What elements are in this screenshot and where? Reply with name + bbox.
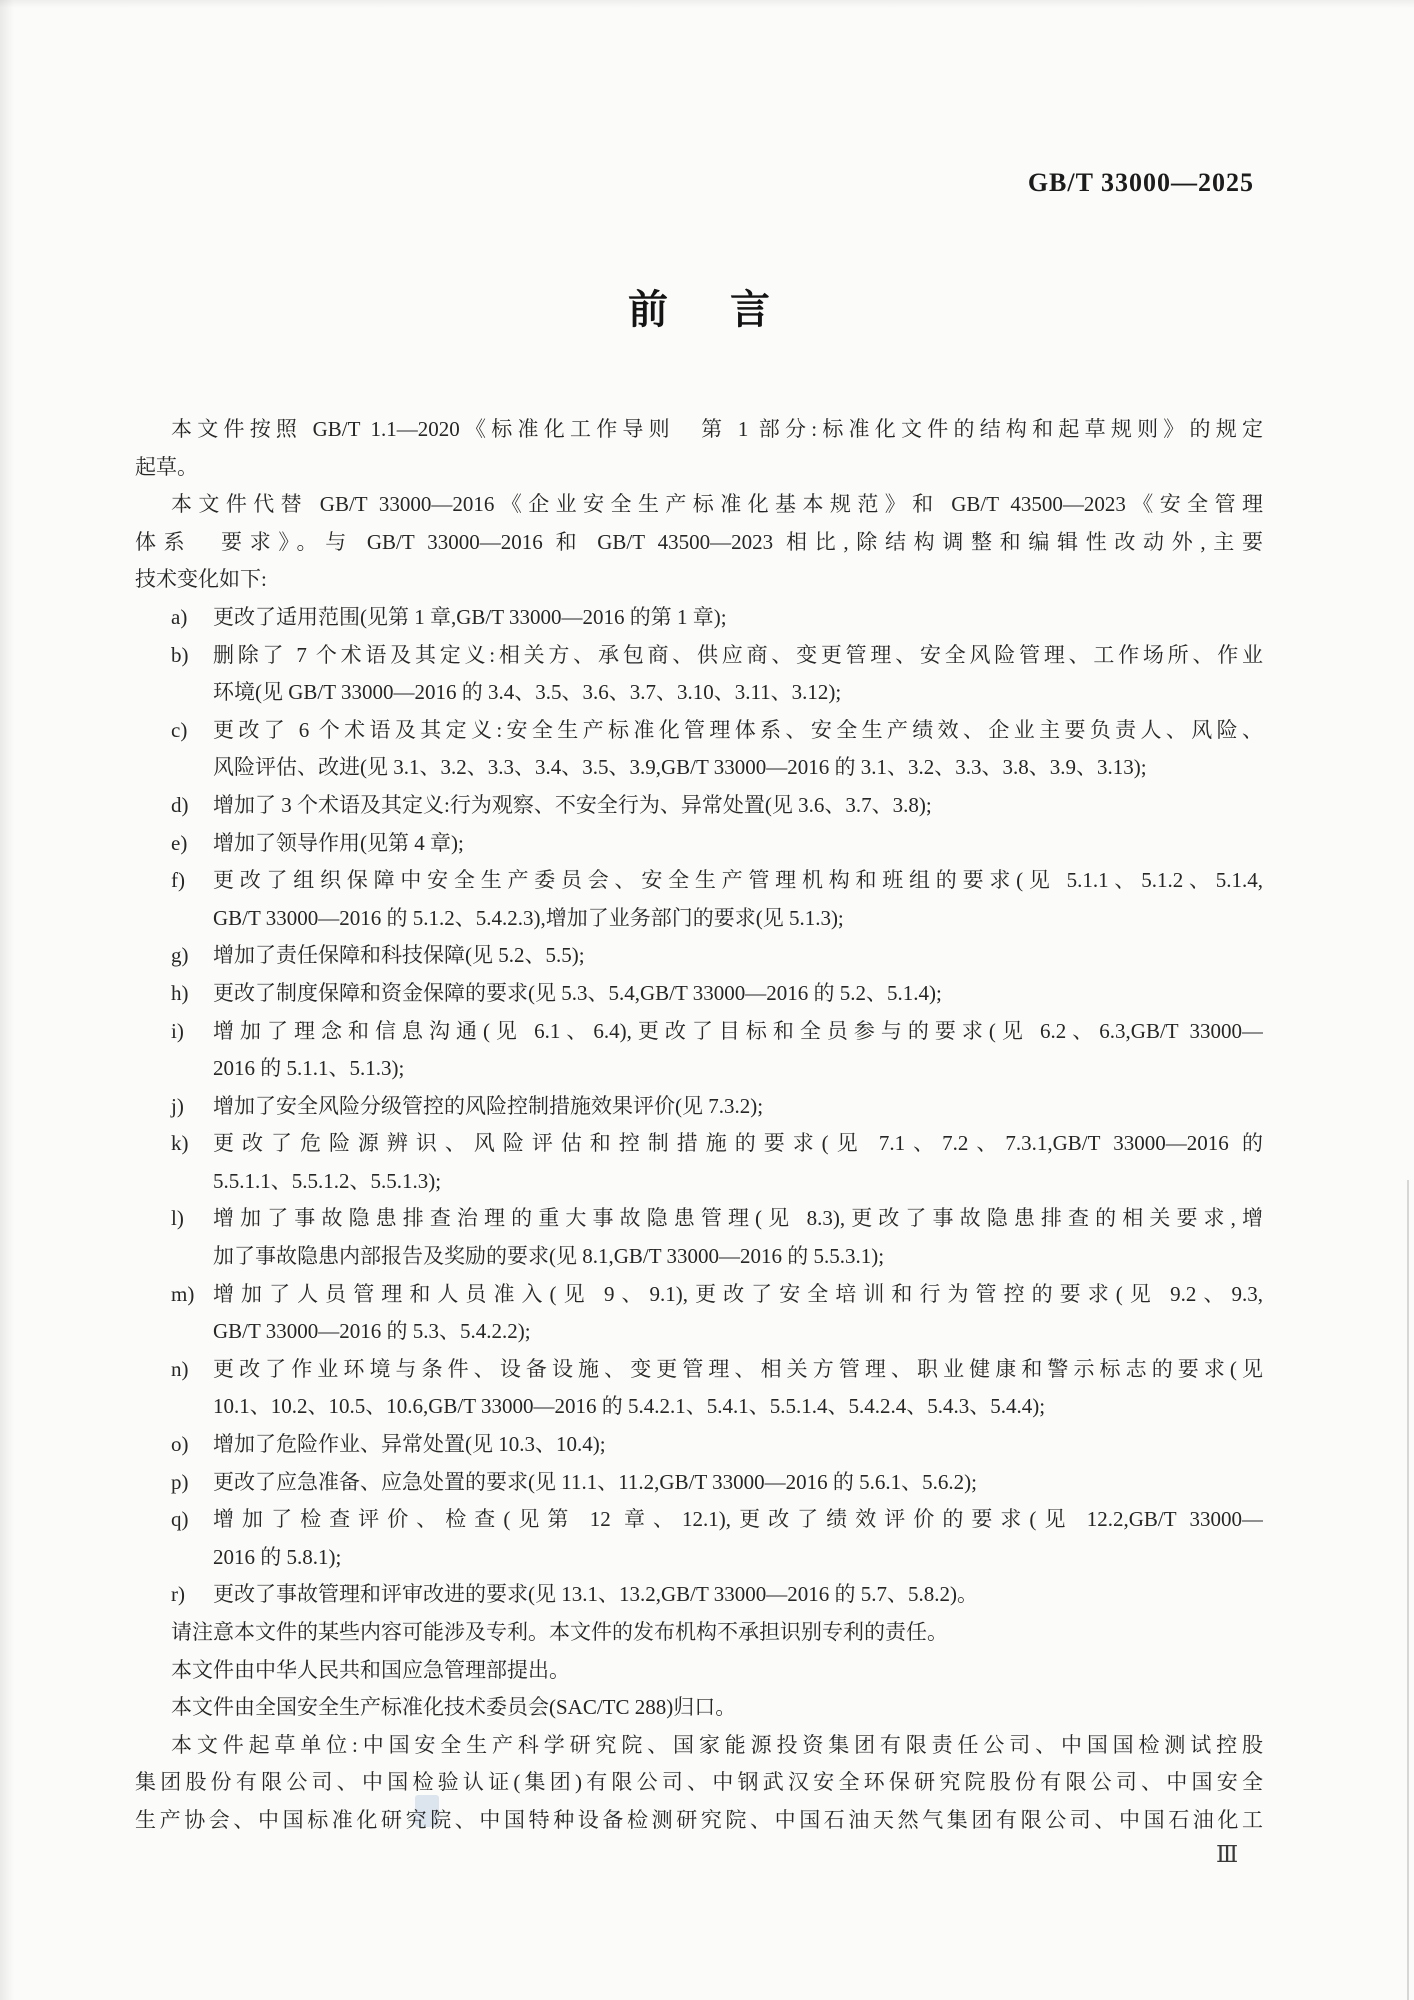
change-item-line: 环境(见 GB/T 33000—2016 的 3.4、3.5、3.6、3.7、3…: [135, 674, 1263, 712]
change-item-line: p)更改了应急准备、应急处置的要求(见 11.1、11.2,GB/T 33000…: [135, 1464, 1263, 1502]
change-item-line: 2016 的 5.8.1);: [135, 1539, 1263, 1577]
foreword-title: 前言: [135, 286, 1263, 334]
page-edge-shading-top: [0, 0, 1414, 8]
change-item-text: 增加了检查评价、检查(见第 12 章、12.1),更改了绩效评价的要求(见 12…: [213, 1507, 1263, 1531]
change-item-text: 增加了危险作业、异常处置(见 10.3、10.4);: [213, 1432, 606, 1456]
paragraph-line: 体系 要求》。与 GB/T 33000—2016 和 GB/T 43500—20…: [135, 524, 1263, 562]
change-item-line: k)更改了危险源辨识、风险评估和控制措施的要求(见 7.1、7.2、7.3.1,…: [135, 1125, 1263, 1163]
change-item-label: r): [171, 1576, 213, 1614]
change-item-line: GB/T 33000—2016 的 5.1.2、5.4.2.3),增加了业务部门…: [135, 900, 1263, 938]
change-item-line: 加了事故隐患内部报告及奖励的要求(见 8.1,GB/T 33000—2016 的…: [135, 1238, 1263, 1276]
change-item-text: 增加了责任保障和科技保障(见 5.2、5.5);: [213, 943, 585, 967]
change-item-line: l)增加了事故隐患排查治理的重大事故隐患管理(见 8.3),更改了事故隐患排查的…: [135, 1200, 1263, 1238]
change-item-line: q)增加了检查评价、检查(见第 12 章、12.1),更改了绩效评价的要求(见 …: [135, 1501, 1263, 1539]
change-item-line: 风险评估、改进(见 3.1、3.2、3.3、3.4、3.5、3.9,GB/T 3…: [135, 749, 1263, 787]
change-item-text: 增加了领导作用(见第 4 章);: [213, 831, 464, 855]
change-item-text: 更改了事故管理和评审改进的要求(见 13.1、13.2,GB/T 33000—2…: [213, 1582, 978, 1606]
note-line: 生产协会、中国标准化研究院、中国特种设备检测研究院、中国石油天然气集团有限公司、…: [135, 1802, 1263, 1840]
change-item-text: 更改了危险源辨识、风险评估和控制措施的要求(见 7.1、7.2、7.3.1,GB…: [213, 1131, 1263, 1155]
change-item-text: 增加了事故隐患排查治理的重大事故隐患管理(见 8.3),更改了事故隐患排查的相关…: [213, 1206, 1263, 1230]
paragraph-line: 本文件按照 GB/T 1.1—2020《标准化工作导则 第 1 部分:标准化文件…: [135, 411, 1263, 449]
change-item-line: a)更改了适用范围(见第 1 章,GB/T 33000—2016 的第 1 章)…: [135, 599, 1263, 637]
change-item-line: h)更改了制度保障和资金保障的要求(见 5.3、5.4,GB/T 33000—2…: [135, 975, 1263, 1013]
foreword-title-char-1: 前: [628, 288, 668, 332]
foreword-title-char-2: 言: [730, 288, 770, 332]
page-scan-edge-line: [1407, 1180, 1409, 2000]
change-item-label: q): [171, 1501, 213, 1539]
change-item-label: o): [171, 1426, 213, 1464]
change-item-label: a): [171, 599, 213, 637]
change-item-line: o)增加了危险作业、异常处置(见 10.3、10.4);: [135, 1426, 1263, 1464]
change-item-line: c)更改了 6 个术语及其定义:安全生产标准化管理体系、安全生产绩效、企业主要负…: [135, 712, 1263, 750]
change-item-label: c): [171, 712, 213, 750]
change-item-label: f): [171, 862, 213, 900]
change-item-label: j): [171, 1088, 213, 1126]
change-item-line: i)增加了理念和信息沟通(见 6.1、6.4),更改了目标和全员参与的要求(见 …: [135, 1013, 1263, 1051]
change-item-label: p): [171, 1464, 213, 1502]
paragraph-line: 起草。: [135, 449, 1263, 487]
change-item-label: i): [171, 1013, 213, 1051]
change-item-line: r)更改了事故管理和评审改进的要求(见 13.1、13.2,GB/T 33000…: [135, 1576, 1263, 1614]
standard-number: GB/T 33000—2025: [1028, 168, 1254, 198]
change-item-text: 增加了 3 个术语及其定义:行为观察、不安全行为、异常处置(见 3.6、3.7、…: [213, 793, 932, 817]
change-item-line: 10.1、10.2、10.5、10.6,GB/T 33000—2016 的 5.…: [135, 1388, 1263, 1426]
change-item-text: 更改了制度保障和资金保障的要求(见 5.3、5.4,GB/T 33000—201…: [213, 981, 942, 1005]
change-item-line: f)更改了组织保障中安全生产委员会、安全生产管理机构和班组的要求(见 5.1.1…: [135, 862, 1263, 900]
foreword-body: 本文件按照 GB/T 1.1—2020《标准化工作导则 第 1 部分:标准化文件…: [135, 411, 1263, 1840]
change-item-text: 增加了理念和信息沟通(见 6.1、6.4),更改了目标和全员参与的要求(见 6.…: [213, 1019, 1263, 1043]
note-line: 请注意本文件的某些内容可能涉及专利。本文件的发布机构不承担识别专利的责任。: [135, 1614, 1263, 1652]
page-number: Ⅲ: [1216, 1842, 1238, 1868]
change-item-line: e)增加了领导作用(见第 4 章);: [135, 825, 1263, 863]
change-item-line: j)增加了安全风险分级管控的风险控制措施效果评价(见 7.3.2);: [135, 1088, 1263, 1126]
change-item-label: n): [171, 1351, 213, 1389]
change-item-text: 更改了组织保障中安全生产委员会、安全生产管理机构和班组的要求(见 5.1.1、5…: [213, 868, 1263, 892]
change-item-text: 更改了适用范围(见第 1 章,GB/T 33000—2016 的第 1 章);: [213, 605, 727, 629]
change-item-text: 增加了人员管理和人员准入(见 9、9.1),更改了安全培训和行为管控的要求(见 …: [213, 1282, 1263, 1306]
change-item-label: b): [171, 637, 213, 675]
change-item-line: g)增加了责任保障和科技保障(见 5.2、5.5);: [135, 937, 1263, 975]
change-item-line: 2016 的 5.1.1、5.1.3);: [135, 1050, 1263, 1088]
change-item-label: k): [171, 1125, 213, 1163]
change-item-label: l): [171, 1200, 213, 1238]
change-item-text: 更改了应急准备、应急处置的要求(见 11.1、11.2,GB/T 33000—2…: [213, 1470, 977, 1494]
paragraph-line: 技术变化如下:: [135, 561, 1263, 599]
change-item-text: 删除了 7 个术语及其定义:相关方、承包商、供应商、变更管理、安全风险管理、工作…: [213, 643, 1263, 667]
note-line: 本文件由全国安全生产标准化技术委员会(SAC/TC 288)归口。: [135, 1689, 1263, 1727]
note-line: 本文件由中华人民共和国应急管理部提出。: [135, 1652, 1263, 1690]
change-item-line: d)增加了 3 个术语及其定义:行为观察、不安全行为、异常处置(见 3.6、3.…: [135, 787, 1263, 825]
note-line: 集团股份有限公司、中国检验认证(集团)有限公司、中钢武汉安全环保研究院股份有限公…: [135, 1764, 1263, 1802]
change-item-label: h): [171, 975, 213, 1013]
change-item-line: 5.5.1.1、5.5.1.2、5.5.1.3);: [135, 1163, 1263, 1201]
change-item-text: 更改了 6 个术语及其定义:安全生产标准化管理体系、安全生产绩效、企业主要负责人…: [213, 718, 1263, 742]
change-item-label: e): [171, 825, 213, 863]
change-item-text: 更改了作业环境与条件、设备设施、变更管理、相关方管理、职业健康和警示标志的要求(…: [213, 1357, 1263, 1381]
change-item-label: d): [171, 787, 213, 825]
change-item-label: m): [171, 1276, 213, 1314]
page-edge-shading-left: [0, 0, 14, 2000]
change-item-line: b)删除了 7 个术语及其定义:相关方、承包商、供应商、变更管理、安全风险管理、…: [135, 637, 1263, 675]
change-item-text: 增加了安全风险分级管控的风险控制措施效果评价(见 7.3.2);: [213, 1094, 763, 1118]
change-item-line: n)更改了作业环境与条件、设备设施、变更管理、相关方管理、职业健康和警示标志的要…: [135, 1351, 1263, 1389]
scanned-standard-page: GB/T 33000—2025 前言 本文件按照 GB/T 1.1—2020《标…: [0, 0, 1414, 2000]
change-item-label: g): [171, 937, 213, 975]
change-item-line: GB/T 33000—2016 的 5.3、5.4.2.2);: [135, 1313, 1263, 1351]
paragraph-line: 本文件代替 GB/T 33000—2016《企业安全生产标准化基本规范》和 GB…: [135, 486, 1263, 524]
change-item-line: m)增加了人员管理和人员准入(见 9、9.1),更改了安全培训和行为管控的要求(…: [135, 1276, 1263, 1314]
note-line: 本文件起草单位:中国安全生产科学研究院、国家能源投资集团有限责任公司、中国国检测…: [135, 1727, 1263, 1765]
